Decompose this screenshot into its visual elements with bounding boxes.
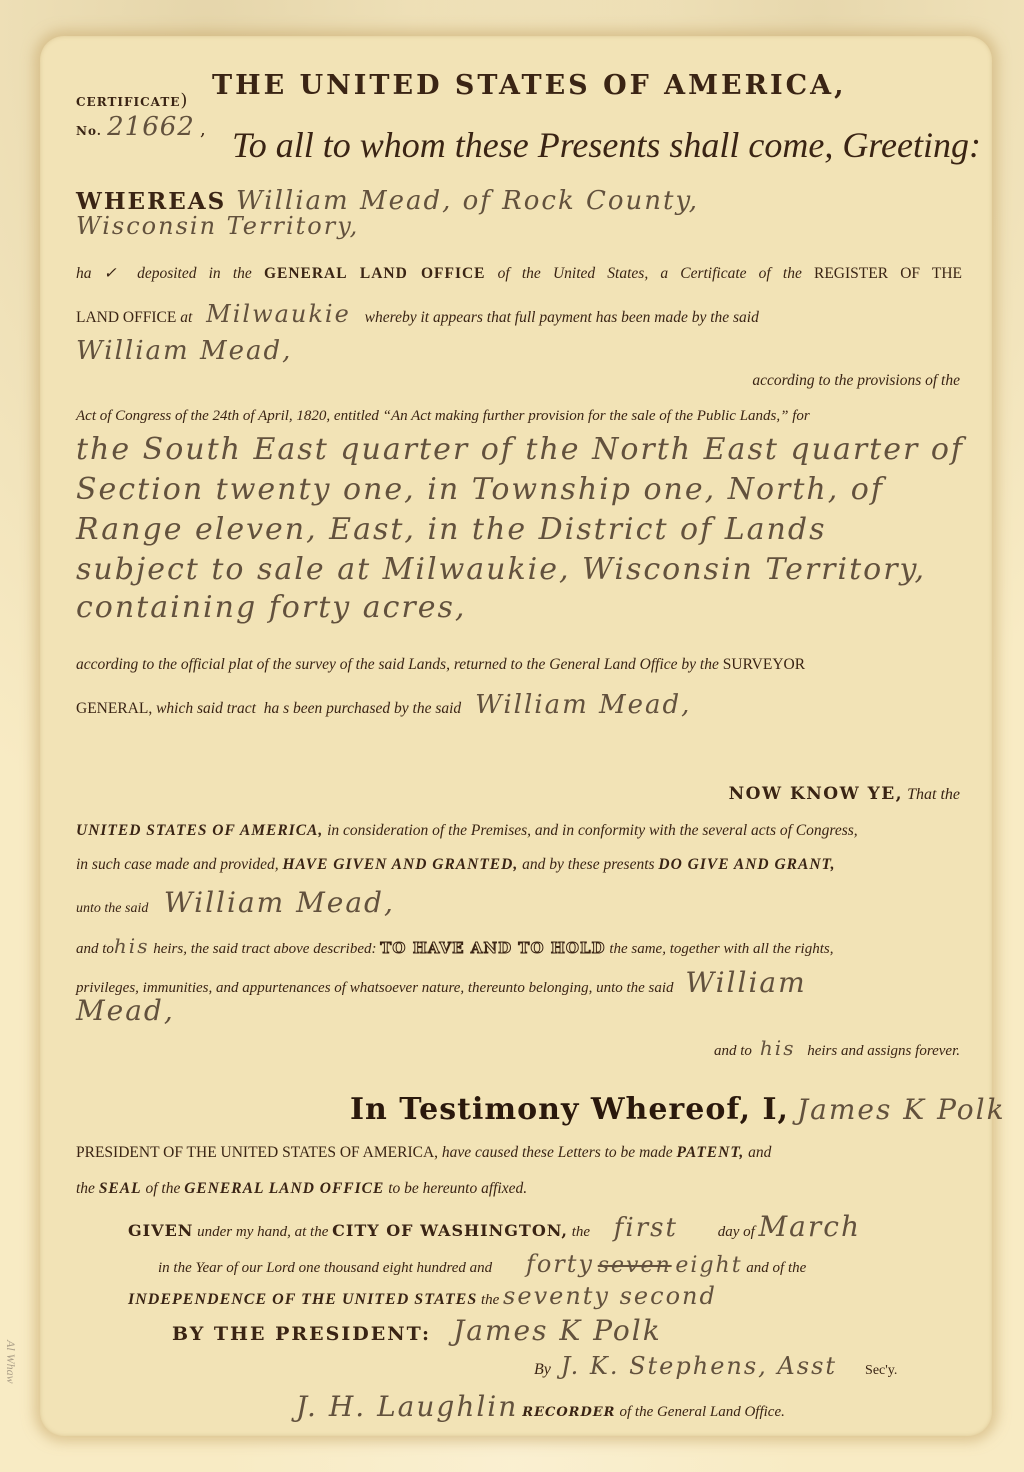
greeting: To all to whom these Presents shall come… (232, 124, 981, 166)
by-the-president-line: BY THE PRESIDENT: James K Polk (172, 1314, 662, 1347)
certificate-label: CERTIFICATE) (76, 90, 188, 111)
tract-line-5: containing forty acres, (76, 590, 466, 625)
tract-line-4: subject to sale at Milwaukie, Wisconsin … (76, 552, 926, 587)
testimony-heading: In Testimony Whereof, I, James K Polk (350, 1092, 1006, 1127)
recorder-line: J. H. Laughlin RECORDER of the General L… (296, 1390, 785, 1423)
deposit-line-1: ha ✓ deposited in the GENERAL LAND OFFIC… (76, 264, 962, 283)
grant-line-1: UNITED STATES OF AMERICA, in considerati… (76, 822, 962, 840)
tract-line-3: Range eleven, East, in the District of L… (76, 512, 826, 547)
provisions-text: according to the provisions of the (752, 372, 960, 390)
given-year-forty: forty (526, 1250, 594, 1278)
recorder-signature: J. H. Laughlin (296, 1390, 518, 1423)
survey-line-1: according to the official plat of the su… (76, 656, 962, 674)
margin-annotation: Al Whaw (3, 1340, 18, 1384)
grantee-name-line2: Wisconsin Territory, (76, 212, 359, 240)
habendum-line-2: privileges, immunities, and appurtenance… (76, 966, 962, 999)
certificate-number: No. 21662 , (76, 112, 207, 142)
given-day: first (614, 1213, 678, 1243)
secretary-line: By J. K. Stephens, Asst Sec'y. (534, 1352, 897, 1380)
given-year-eight: eight (675, 1253, 742, 1278)
certificate-number-value: 21662 (107, 112, 195, 142)
independence-line: INDEPENDENCE OF THE UNITED STATES the se… (128, 1282, 717, 1310)
given-line: GIVEN under my hand, at the CITY OF WASH… (128, 1210, 861, 1243)
whereas-label: WHEREAS (76, 188, 226, 215)
testimony-line-2: the SEAL of the GENERAL LAND OFFICE to b… (76, 1180, 962, 1198)
president-signature-testimony: James K Polk (797, 1093, 1006, 1126)
tract-line-1: the South East quarter of the North East… (76, 432, 964, 467)
independence-year: seventy second (503, 1282, 717, 1310)
deposit-line-2: LAND OFFICE at Milwaukie whereby it appe… (76, 300, 962, 328)
payer-name: William Mead, (76, 336, 292, 366)
document-title: THE UNITED STATES OF AMERICA, (212, 70, 847, 101)
year-line: in the Year of our Lord one thousand eig… (158, 1250, 806, 1278)
given-month: March (759, 1210, 861, 1243)
grant-line-2: in such case made and provided, HAVE GIV… (76, 856, 962, 874)
grant-line-3: unto the said William Mead, (76, 886, 962, 919)
now-know-ye: NOW KNOW YE, That the (729, 784, 960, 804)
testimony-line-1: PRESIDENT OF THE UNITED STATES OF AMERIC… (76, 1144, 962, 1162)
heirs-forever: and tohis heirs and assigns forever. (714, 1036, 960, 1060)
grantee-name-grant: William Mead, (164, 886, 395, 919)
act-of-congress: Act of Congress of the 24th of April, 18… (76, 408, 962, 425)
grantee-first-name: William (685, 966, 806, 999)
grantee-last-name: Mead, (76, 994, 175, 1027)
survey-line-2: GENERAL, which said tract ha s been purc… (76, 690, 962, 720)
secretary-signature: J. K. Stephens, Asst (561, 1352, 837, 1380)
purchaser-name: William Mead, (475, 690, 691, 720)
president-signature: James K Polk (453, 1314, 662, 1347)
tract-line-2: Section twenty one, in Township one, Nor… (76, 472, 884, 507)
land-office-location: Milwaukie (206, 300, 351, 328)
given-year-struck: seven (598, 1253, 672, 1278)
habendum-line-1: and tohis heirs, the said tract above de… (76, 934, 962, 958)
